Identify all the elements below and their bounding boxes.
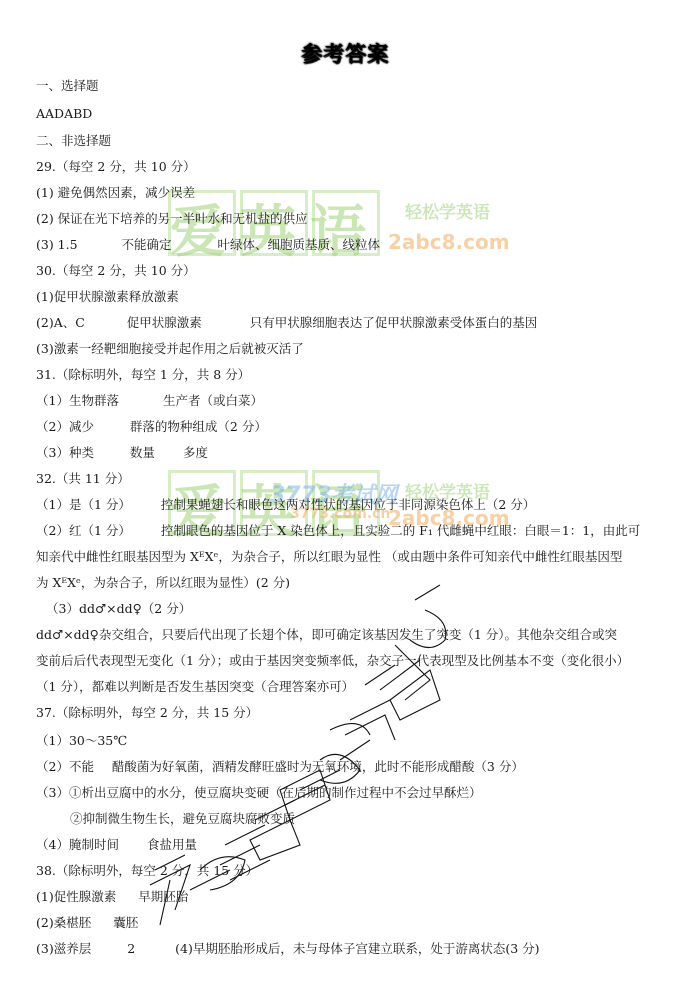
q37-answer-2: （2）不能 醋酸菌为好氧菌，酒精发酵旺盛时为无氧环境，此时不能形成醋酸（3 分） [36, 759, 524, 775]
q38-answer-1: (1)促性腺激素 早期胚胎 [36, 889, 188, 905]
q29-answer-3-b: 不能确定 [122, 237, 172, 252]
q37-answer-3-line-2: ②抑制微生物生长，避免豆腐块腐败变质 [70, 811, 295, 827]
q32-answer-3-line-3: （1 分），都难以判断是否发生基因突变（合理答案亦可） [36, 679, 354, 695]
q31-header: 31.（除标明外，每空 1 分，共 8 分） [36, 367, 250, 383]
q32-answer-3-line-1: dd♂×dd♀杂交组合，只要后代出现了长翅个体，即可确定该基因发生了突变（1 分… [36, 627, 617, 643]
section-1-heading: 一、选择题 [36, 78, 99, 94]
q32-answer-1: （1）是（1 分） 控制果蝇翅长和眼色这两对性状的基因位于非同源染色体上（2 分… [36, 497, 535, 513]
q29-answer-3: (3) 1.5 不能确定 叶绿体、细胞质基质、线粒体 [36, 237, 380, 253]
q37-answer-1: （1）30～35℃ [36, 733, 127, 749]
q37-answer-4: （4）腌制时间 食盐用量 [36, 837, 197, 853]
q32-answer-2-line-3: 为 XᴱXᵉ，为杂合子，所以红眼为显性）(2 分) [36, 575, 290, 591]
q38-answer-2-label: (2)桑椹胚 [36, 915, 91, 930]
q32-answer-3-line-2: 变前后后代表现型无变化（1 分）；或由于基因突变频率低，杂交子一代表现型及比例基… [36, 653, 629, 669]
q31-answer-2-b: 群落的物种组成（2 分） [130, 419, 267, 434]
q31-answer-3-c: 多度 [183, 445, 208, 460]
multiple-choice-answers: AADABD [36, 106, 92, 122]
q38-answer-1-b: 早期胚胎 [138, 889, 188, 904]
q32-header: 32.（共 11 分） [36, 471, 130, 487]
watermark-big-text: 爱英语 [170, 188, 380, 268]
q32-answer-1-label: （1）是（1 分） [36, 497, 131, 512]
q38-header: 38.（除标明外，每空 2 分，共 15 分） [36, 863, 258, 879]
q38-answer-3-4: (3)滋养层 2 (4)早期胚胎形成后，未与母体子宫建立联系，处于游离状态(3 … [36, 941, 540, 957]
q37-answer-2-label: （2）不能 [36, 759, 94, 774]
q37-answer-3-line-1: （3）①析出豆腐中的水分，使豆腐块变硬（在后期的制作过程中不会过早酥烂） [36, 785, 481, 801]
q30-answer-1: (1)促甲状腺激素释放激素 [36, 289, 179, 305]
q31-answer-3-b: 数量 [130, 445, 155, 460]
q30-answer-3: (3)激素一经靶细胞接受并起作用之后就被灭活了 [36, 341, 304, 357]
q29-answer-2: (2) 保证在光下培养的另一半叶水和无机盐的供应 [36, 211, 308, 227]
q37-answer-4-label: （4）腌制时间 [36, 837, 119, 852]
q29-answer-3-label: (3) 1.5 [36, 237, 78, 252]
q29-answer-1: (1) 避免偶然因素，减少误差 [36, 185, 195, 201]
q32-answer-1-b: 控制果蝇翅长和眼色这两对性状的基因位于非同源染色体上（2 分） [161, 497, 535, 512]
q38-answer-2: (2)桑椹胚 囊胚 [36, 915, 138, 931]
q37-answer-2-b: 醋酸菌为好氧菌，酒精发酵旺盛时为无氧环境，此时不能形成醋酸（3 分） [112, 759, 524, 774]
q32-answer-2: （2）红（1 分） 控制眼色的基因位于 X 染色体上，且实验二的 F₁ 代雌蝇中… [36, 523, 640, 539]
q38-answer-3-label: (3)滋养层 [36, 941, 91, 956]
q31-answer-1-b: 生产者（或白菜） [163, 393, 263, 408]
q30-answer-2: (2)A、C 促甲状腺激素 只有甲状腺细胞表达了促甲状腺激素受体蛋白的基因 [36, 315, 537, 331]
q38-answer-3-b: 2 [127, 941, 135, 956]
q30-answer-2-b: 促甲状腺激素 [127, 315, 202, 330]
q38-answer-4: (4)早期胚胎形成后，未与母体子宫建立联系，处于游离状态(3 分) [175, 941, 539, 956]
section-2-heading: 二、非选择题 [36, 133, 111, 149]
q30-header: 30.（每空 2 分，共 10 分） [36, 263, 196, 279]
q32-answer-2-line-2: 知亲代中雌性红眼基因型为 XᴱXᵉ，为杂合子，所以红眼为显性 （或由题中条件可知… [36, 549, 622, 565]
q38-answer-2-b: 囊胚 [113, 915, 138, 930]
q37-answer-4-b: 食盐用量 [147, 837, 197, 852]
watermark-site: 2abc8.com [388, 230, 510, 254]
q30-answer-2-c: 只有甲状腺细胞表达了促甲状腺激素受体蛋白的基因 [250, 315, 538, 330]
q32-answer-3: （3）dd♂×dd♀（2 分） [46, 601, 191, 617]
page-title: 参考答案 [0, 38, 690, 68]
q37-header: 37.（除标明外，每空 2 分，共 15 分） [36, 705, 258, 721]
q29-answer-3-c: 叶绿体、细胞质基质、线粒体 [218, 237, 381, 252]
q31-answer-2-label: （2）减少 [36, 419, 94, 434]
q30-answer-2-label: (2)A、C [36, 315, 85, 330]
q31-answer-1-label: （1）生物群落 [36, 393, 119, 408]
q31-answer-3: （3）种类 数量 多度 [36, 445, 208, 461]
q31-answer-2: （2）减少 群落的物种组成（2 分） [36, 419, 267, 435]
q38-answer-1-label: (1)促性腺激素 [36, 889, 116, 904]
q31-answer-1: （1）生物群落 生产者（或白菜） [36, 393, 263, 409]
q32-answer-2-label: （2）红（1 分） [36, 523, 131, 538]
q29-header: 29.（每空 2 分，共 10 分） [36, 159, 196, 175]
q32-answer-2-b: 控制眼色的基因位于 X 染色体上，且实验二的 F₁ 代雌蝇中红眼：白眼＝1：1，… [161, 523, 640, 538]
watermark-slogan: 轻松学英语 [405, 198, 490, 223]
q31-answer-3-label: （3）种类 [36, 445, 94, 460]
